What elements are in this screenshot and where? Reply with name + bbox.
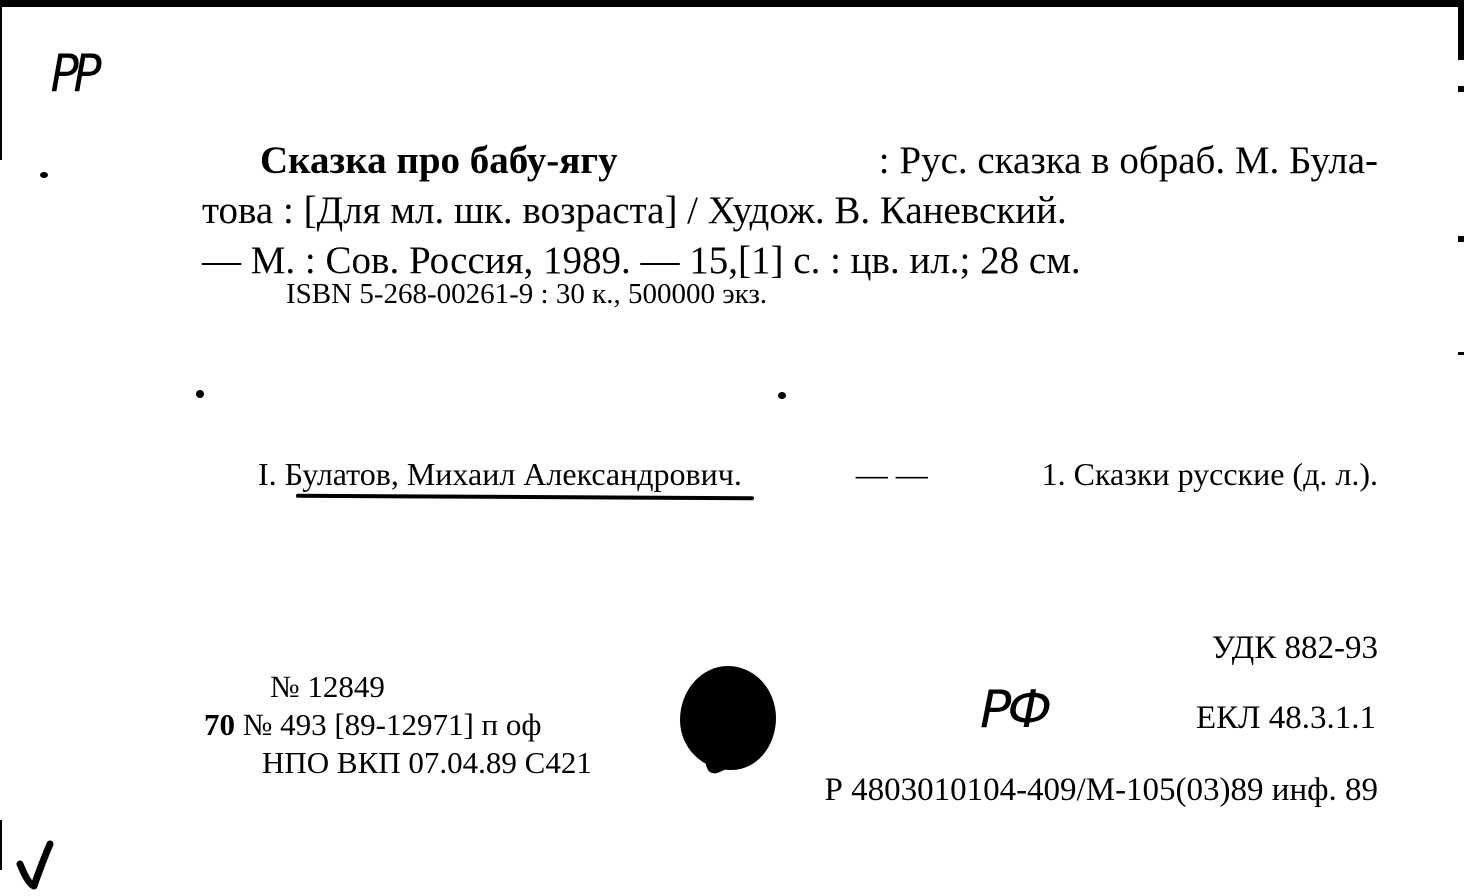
subject-tracing: 1. Сказки русские (д. л.). [1042, 456, 1378, 493]
entry-line-2: това : [Для мл. шк. возраста] / Худож. В… [202, 186, 1378, 236]
underline-stroke [296, 494, 754, 500]
scan-top-border [0, 0, 1464, 7]
checkmark-icon [14, 838, 58, 890]
book-title: Сказка про бабу-ягу [260, 136, 618, 186]
catalog-code: Р 4803010104-409/М-105(03)89 инф. 89 [824, 772, 1378, 809]
udk-code: УДК 882-93 [1212, 630, 1378, 667]
isbn-line: ISBN 5-268-00261-9 : 30 к., 500000 экз. [286, 278, 767, 311]
author-tracing: I. Булатов, Михаил Александрович. [258, 456, 742, 493]
ink-speck [196, 390, 204, 398]
entry-line-1: Сказка про бабу-ягу : Рус. сказка в обра… [202, 136, 1378, 186]
handwritten-note-top-left: РР [51, 44, 97, 104]
entry-line-1-rest: : Рус. сказка в обраб. М. Була- [879, 136, 1378, 186]
entry-line-2-text: това : [Для мл. шк. возраста] / Худож. В… [202, 186, 1067, 236]
print-info-block: № 12849 70 № 493 [89-12971] п оф НПО ВКП… [204, 668, 592, 782]
scan-left-edge-lower [0, 820, 2, 870]
tracings: I. Булатов, Михаил Александрович. — — 1.… [258, 456, 1378, 493]
ink-speck [40, 172, 48, 178]
scan-right-edge [1456, 0, 1464, 896]
ekl-code: ЕКЛ 48.3.1.1 [1196, 700, 1376, 737]
ink-blot-stamp [680, 666, 776, 770]
printer-line: НПО ВКП 07.04.89 С421 [204, 744, 592, 782]
scan-left-edge [0, 0, 2, 160]
ink-speck [778, 392, 786, 399]
card-number: № 12849 [204, 668, 592, 706]
tracing-separator: — — [856, 456, 928, 493]
main-bibliographic-entry: Сказка про бабу-ягу : Рус. сказка в обра… [202, 136, 1378, 286]
order-line: 70 № 493 [89-12971] п оф [204, 706, 592, 744]
handwritten-note-bottom: РФ [980, 680, 1048, 740]
order-prefix: 70 [204, 707, 235, 742]
order-details: № 493 [89-12971] п оф [243, 707, 542, 742]
author-tracing-text: I. Булатов, Михаил Александрович. [258, 456, 742, 492]
